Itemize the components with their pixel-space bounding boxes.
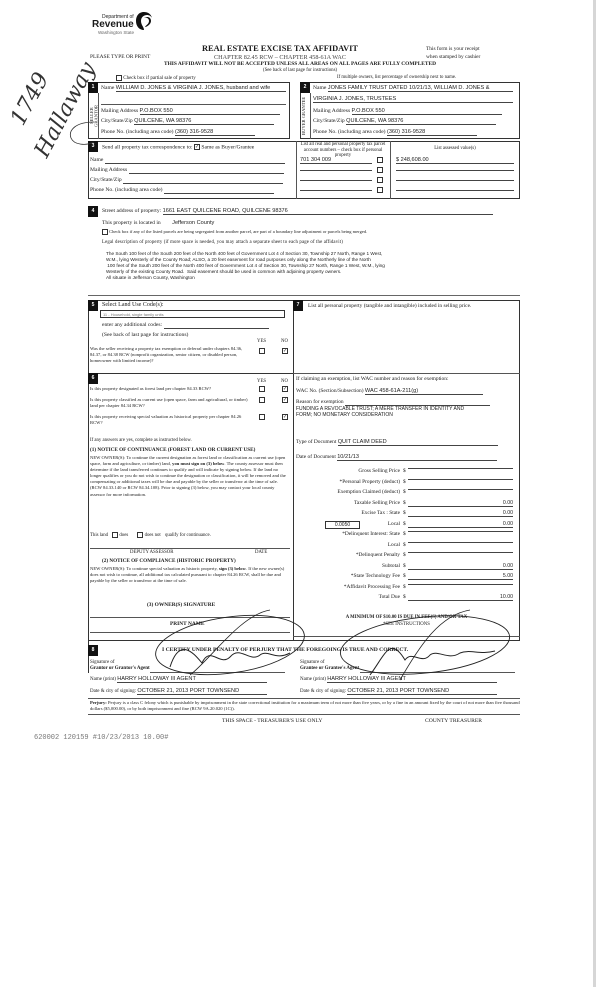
buyer-city-label: City/State/Zip [313, 118, 345, 124]
parcel-row [300, 167, 383, 173]
local-rate-value: 0.0050 [335, 522, 350, 528]
county-treasurer-label: COUNTY TREASURER [425, 718, 482, 724]
seller-city-row: City/State/Zip QUILCENE, WA 98376 [101, 118, 274, 125]
assessed-value-field[interactable] [396, 190, 514, 191]
s5-exemption-yes-checkbox[interactable] [259, 348, 265, 354]
amount-field[interactable]: 0.00 [408, 510, 513, 517]
land-use-selected: 11 - Household, single family units [103, 312, 164, 317]
parcel-row [300, 177, 383, 183]
buyer-mailing-label: Mailing Address [313, 108, 350, 114]
located-in-value: Jefferson County [172, 220, 214, 226]
s6-yes-header: YES [257, 379, 266, 384]
assessed-value-row [396, 177, 514, 183]
parcel-number-field[interactable] [300, 180, 372, 181]
s6-question: Is this property designated as forest la… [90, 386, 250, 392]
reason-value-2[interactable]: FORM; NO MONETARY CONSIDERATION [296, 412, 393, 418]
amount-field[interactable] [408, 552, 513, 553]
assessed-value-field[interactable]: $ 248,608.00 [396, 157, 514, 164]
s5-exemption-no-checkbox[interactable]: ✓ [282, 348, 288, 354]
currency-sign: $ [403, 584, 406, 590]
doc-date-label: Date of Document [296, 454, 336, 460]
continuance-bold: you must sign on (3) below [172, 461, 224, 466]
does-not-checkbox[interactable] [137, 532, 143, 538]
section-4-badge: 4 [88, 206, 98, 217]
corr-phone-label: Phone No. (including area code) [90, 187, 163, 193]
partial-sale-label: Check box if partial sale of property [123, 76, 195, 81]
grantor-signature-icon [150, 605, 310, 685]
segregated-label: Check box if any of the listed parcels a… [109, 229, 367, 234]
legal-description-label: Legal description of property (if more s… [102, 240, 343, 245]
buyer-name-field[interactable]: JONES FAMILY TRUST DATED 10/21/13, WILLI… [328, 85, 513, 92]
treasurer-use-label: THIS SPACE - TREASURER'S USE ONLY [222, 718, 322, 724]
seller-city-label: City/State/Zip [101, 118, 133, 124]
currency-sign: $ [403, 552, 406, 558]
additional-codes-row: enter any additional codes: [102, 322, 269, 329]
seller-phone-field[interactable]: (360) 316-9528 [175, 129, 255, 136]
currency-sign: $ [403, 468, 406, 474]
doc-date-row: Date of Document 10/21/13 [296, 454, 497, 461]
seller-phone-row: Phone No. (including area code) (360) 31… [101, 129, 255, 136]
personal-property-checkbox[interactable] [377, 167, 383, 173]
amount-field[interactable]: 0.00 [408, 563, 513, 570]
doc-type-label: Type of Document [296, 439, 336, 445]
section-1-badge: 1 [88, 82, 98, 93]
amount-label: *Delinquent Interest: State [300, 531, 400, 537]
segregated-row: Check box if any of the listed parcels a… [102, 229, 367, 235]
amount-label: Subtotal [300, 563, 400, 569]
corr-mailing-row: Mailing Address [90, 167, 284, 174]
qualify-label: qualify for continuance. [165, 533, 211, 538]
seller-mailing-field[interactable]: P.O.BOX 550 [140, 108, 280, 115]
buyer-phone-row: Phone No. (including area code) (360) 31… [313, 129, 477, 136]
corr-mailing-field[interactable] [129, 167, 284, 174]
doc-type-row: Type of Document QUIT CLAIM DEED [296, 439, 498, 446]
receipt-stamp: 620002 120159 #10/23/2013 10.00# [34, 734, 168, 742]
form-subtitle: CHAPTER 82.45 RCW – CHAPTER 458-61A WAC [180, 54, 380, 61]
wac-row: WAC No. (Section/Subsection) WAC 458-61A… [296, 388, 483, 395]
amount-field[interactable]: 5.00 [408, 573, 513, 580]
s6-yes-checkbox[interactable] [259, 397, 265, 403]
this-land-label: This land [90, 533, 108, 538]
exemption-question: Was the seller receiving a property tax … [90, 346, 250, 365]
amount-label: Gross Selling Price [300, 468, 400, 474]
send-correspondence-label: Send all property tax correspondence to: [102, 144, 193, 150]
assessed-value-row [396, 187, 514, 193]
receipt-note-2: when stamped by cashier [426, 54, 480, 60]
buyer-mailing-field[interactable]: P.O.BOX 550 [352, 108, 502, 115]
buyer-phone-field[interactable]: (360) 316-9528 [387, 129, 477, 136]
s6-question: Is this property receiving special valua… [90, 414, 250, 426]
s6-no-checkbox[interactable]: ✓ [282, 414, 288, 420]
section-7-badge: 7 [293, 300, 303, 311]
reason-label: Reason for exemption [296, 399, 344, 405]
corr-name-field[interactable] [105, 157, 285, 164]
receipt-note-1: This form is your receipt [426, 46, 480, 52]
amount-label: *State Technology Fee [300, 573, 400, 579]
street-address-label: Street address of property: [102, 208, 161, 214]
land-use-select[interactable]: 11 - Household, single family units [100, 310, 285, 318]
assessor-date-label: DATE [255, 550, 267, 555]
grantee-date-city-label: Date & city of signing: [300, 689, 346, 694]
assessed-value-row: $ 248,608.00 [396, 157, 514, 164]
section-5-see-back: (See back of last page for instructions) [102, 332, 188, 338]
located-in-label: This property is located in [102, 220, 161, 226]
assessed-value-row [396, 167, 514, 173]
grantee-signature-icon [330, 605, 520, 685]
continuance-qualify-row: This land does does not qualify for cont… [90, 532, 211, 538]
personal-property-label: List all personal property (tangible and… [308, 303, 513, 310]
does-not-label: does not [145, 533, 161, 538]
continuance-text-2: . The county assessor must then determin… [90, 461, 286, 496]
amount-field[interactable]: 0.00 [408, 521, 513, 528]
amount-label: Excise Tax : State [300, 510, 400, 516]
assessed-header: List assessed value(s) [392, 146, 518, 152]
deputy-assessor-label: DEPUTY ASSESSOR [130, 550, 173, 555]
s6-no-checkbox[interactable]: ✓ [282, 386, 288, 392]
land-use-label: Select Land Use Code(s): [102, 302, 163, 308]
does-checkbox[interactable] [112, 532, 118, 538]
grantor-name-label: Name (print) [90, 677, 116, 682]
partial-sale-checkbox[interactable] [116, 75, 122, 81]
additional-codes-field[interactable] [164, 322, 269, 329]
doc-date-field[interactable]: 10/21/13 [337, 454, 497, 461]
parcel-row [300, 187, 383, 193]
seller-mailing-row: Mailing Address P.O.BOX 550 [101, 108, 280, 115]
perjury-notice: Perjury: Perjury is a class C felony whi… [90, 700, 520, 712]
amount-field[interactable] [408, 531, 513, 532]
see-back-note: (See back of last page for instructions) [200, 68, 400, 73]
legal-description-text: The South 100 feet of the South 200 feet… [106, 251, 385, 281]
amount-field[interactable]: 0.00 [408, 500, 513, 507]
personal-property-checkbox[interactable] [377, 187, 383, 193]
personal-property-checkbox[interactable] [377, 177, 383, 183]
assessed-value-field[interactable] [396, 170, 514, 171]
currency-sign: $ [403, 521, 406, 527]
seller-bracket-scribble-icon [66, 120, 96, 150]
currency-sign: $ [403, 489, 406, 495]
additional-codes-label: enter any additional codes: [102, 322, 162, 328]
parcel-row: 701 304 009 [300, 157, 383, 164]
corr-city-field[interactable] [123, 177, 283, 184]
currency-sign: $ [403, 542, 406, 548]
logo-line3: Washington State [98, 30, 134, 35]
grantor-sig-label-2: Grantor or Grantor's Agent [90, 666, 150, 672]
amount-field[interactable] [408, 584, 513, 585]
corr-phone-field[interactable] [164, 187, 274, 194]
seller-name-label: Name [101, 85, 114, 91]
legal-description-line: All situate in Jefferson County, Washing… [106, 275, 385, 281]
currency-sign: $ [403, 510, 406, 516]
grantor-date-city-row: Date & city of signing: OCTOBER 21, 2013… [90, 688, 267, 695]
buyer-mailing-row: Mailing Address P.O.BOX 550 [313, 108, 502, 115]
s6-yes-checkbox[interactable] [259, 386, 265, 392]
currency-sign: $ [403, 500, 406, 506]
personal-property-checkbox[interactable] [377, 157, 383, 163]
buyer-grantee-label: BUYER GRANTEE [302, 96, 310, 136]
buyer-city-field[interactable]: QUILCENE, WA 98376 [346, 118, 496, 125]
currency-sign: $ [403, 594, 406, 600]
partial-sale-row: Check box if partial sale of property [116, 75, 196, 81]
segregated-checkbox[interactable] [102, 229, 108, 235]
same-as-buyer-label: Same as Buyer/Grantee [201, 144, 254, 150]
revenue-logo-icon [135, 11, 153, 31]
completion-warning: THIS AFFIDAVIT WILL NOT BE ACCEPTED UNLE… [110, 61, 490, 67]
grantee-date-city-row: Date & city of signing: OCTOBER 21, 2013… [300, 688, 497, 695]
perjury-text-1: Perjury is a class C felony which is pun… [108, 700, 392, 705]
doc-type-field[interactable]: QUIT CLAIM DEED [338, 439, 498, 446]
buyer-name-field-2[interactable]: VIRGINIA J. JONES, TRUSTEES [313, 96, 513, 103]
corr-name-label: Name [90, 157, 103, 163]
corr-phone-row: Phone No. (including area code) [90, 187, 274, 194]
amount-field[interactable] [408, 479, 513, 480]
form-title: REAL ESTATE EXCISE TAX AFFIDAVIT [180, 44, 380, 53]
section-6-badge: 6 [88, 373, 98, 384]
s6-no-checkbox[interactable]: ✓ [282, 397, 288, 403]
compliance-text-1: NEW OWNER(S): To continue special valuat… [90, 566, 218, 571]
corr-city-row: City/State/Zip [90, 177, 283, 184]
seller-name-field[interactable]: WILLIAM D. JONES & VIRGINIA J. JONES, hu… [116, 85, 286, 92]
street-address-row: Street address of property: 1661 EAST QU… [102, 208, 493, 215]
located-in-row: This property is located in Jefferson Co… [102, 220, 214, 226]
s5-no-header: NO [281, 339, 288, 344]
grantor-date-city-label: Date & city of signing: [90, 689, 136, 694]
amount-label: Total Due [300, 594, 400, 600]
parcel-number-field[interactable]: 701 304 009 [300, 157, 372, 164]
compliance-bold: sign (3) below [219, 566, 246, 571]
perjury-bold: Perjury: [90, 700, 107, 705]
section-2-badge: 2 [300, 82, 310, 93]
parcel-number-field[interactable] [300, 170, 372, 171]
parcel-number-field[interactable] [300, 190, 372, 191]
amount-label: Exemption Claimed (deduct) [300, 489, 400, 495]
compliance-text: NEW OWNER(S): To continue special valuat… [90, 566, 290, 584]
please-type-label: PLEASE TYPE OR PRINT [90, 54, 150, 60]
does-label: does [119, 533, 128, 538]
same-as-buyer-checkbox[interactable]: ✓ [194, 144, 200, 150]
s6-no-header: NO [281, 379, 288, 384]
grantor-sig-label: Signature of Grantor or Grantor's Agent [90, 660, 150, 672]
amount-field[interactable] [408, 542, 513, 543]
buyer-name-label: Name [313, 85, 326, 91]
wac-field[interactable]: WAC 458-61A-211(g) [365, 388, 483, 395]
seller-mailing-label: Mailing Address [101, 108, 138, 114]
amount-label: Taxable Selling Price [300, 500, 400, 506]
local-rate-box[interactable]: 0.0050 [325, 521, 360, 529]
amount-label: *Delinquent Penalty [300, 552, 400, 558]
assessed-value-field[interactable] [396, 180, 514, 181]
seller-city-field[interactable]: QUILCENE, WA 98376 [134, 118, 274, 125]
amount-field[interactable]: 10.00 [408, 594, 513, 601]
currency-sign: $ [403, 531, 406, 537]
amount-label: *Affidavit Processing Fee [300, 584, 400, 590]
seller-phone-label: Phone No. (including area code) [101, 129, 174, 135]
amount-field[interactable] [408, 489, 513, 490]
corr-city-label: City/State/Zip [90, 177, 122, 183]
continuance-text: NEW OWNER(S): To continue the current de… [90, 455, 290, 498]
send-correspondence-row: Send all property tax correspondence to:… [102, 144, 254, 150]
wac-label: WAC No. (Section/Subsection) [296, 388, 364, 394]
amount-label: Local [300, 542, 400, 548]
exemption-intro: If claiming an exemption, list WAC numbe… [296, 376, 448, 382]
currency-sign: $ [403, 563, 406, 569]
buyer-city-row: City/State/Zip QUILCENE, WA 98376 [313, 118, 496, 125]
logo-line2: Revenue [92, 19, 134, 30]
compliance-title: (2) NOTICE OF COMPLIANCE (HISTORIC PROPE… [102, 558, 236, 564]
s6-question: Is this property classified as current u… [90, 397, 250, 409]
amount-field[interactable] [408, 468, 513, 469]
grantor-date-city-field[interactable]: OCTOBER 21, 2013 PORT TOWNSEND [137, 688, 267, 695]
grantee-date-city-field[interactable]: OCTOBER 21, 2013 PORT TOWNSEND [347, 688, 497, 695]
amount-label: *Personal Property (deduct) [300, 479, 400, 485]
corr-mailing-label: Mailing Address [90, 167, 127, 173]
buyer-phone-label: Phone No. (including area code) [313, 129, 386, 135]
dor-logo: Department of Revenue Washington State [92, 14, 152, 44]
s6-yes-checkbox[interactable] [259, 414, 265, 420]
corr-name-row: Name [90, 157, 285, 164]
if-yes-note: If any answers are yes, complete as inst… [90, 438, 192, 443]
currency-sign: $ [403, 573, 406, 579]
reason-row: Reason for exemption [296, 399, 490, 406]
continuance-title: (1) NOTICE OF CONTINUANCE (FOREST LAND O… [90, 447, 255, 453]
street-address-field[interactable]: 1661 EAST QUILCENE ROAD, QUILCENE 98376 [163, 208, 493, 215]
multiple-owners-note: If multiple owners, list percentage of o… [337, 75, 456, 80]
currency-sign: $ [403, 479, 406, 485]
buyer-name-row: Name JONES FAMILY TRUST DATED 10/21/13, … [313, 85, 513, 92]
s5-yes-header: YES [257, 339, 266, 344]
page-edge [593, 0, 596, 987]
section-5-badge: 5 [88, 300, 98, 311]
buyer-name-row-2: VIRGINIA J. JONES, TRUSTEES [313, 96, 513, 103]
section-8-badge: 8 [88, 645, 98, 656]
seller-name-row: Name WILLIAM D. JONES & VIRGINIA J. JONE… [101, 85, 286, 92]
